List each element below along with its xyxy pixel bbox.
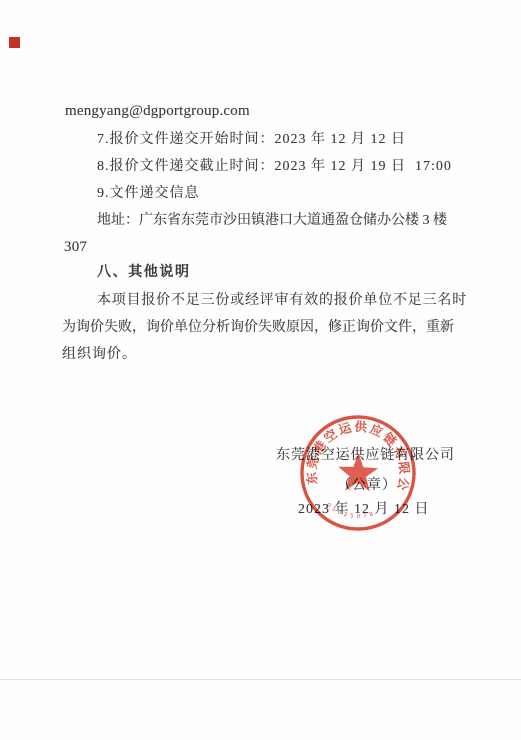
paragraph-line-2: 为询价失败，询价单位分析询价失败原因，修正询价文件，重新 [62, 318, 454, 337]
paragraph-line-1: 本项目报价不足三份或经评审有效的报价单位不足三名时 [97, 291, 467, 310]
section-heading: 八、其他说明 [97, 263, 191, 282]
seal-serial-number: 01025078 [325, 502, 378, 521]
page-fold-line [0, 679, 521, 680]
email-text: mengyang@dgportgroup.com [65, 102, 250, 121]
address-line: 地址：广东省东莞市沙田镇港口大道通盈仓储办公楼 3 楼 [97, 211, 447, 230]
submission-deadline-line: 8.报价文件递交截止时间：2023 年 12 月 19 日 17:00 [97, 157, 452, 176]
document-page: mengyang@dgportgroup.com 7.报价文件递交开始时间：20… [0, 0, 521, 740]
seal-star-icon [337, 452, 378, 491]
submission-start-line: 7.报价文件递交开始时间：2023 年 12 月 12 日 [97, 130, 406, 149]
address-continuation: 307 [64, 238, 87, 257]
svg-text:01025078: 01025078 [325, 502, 378, 521]
company-seal-stamp: 东莞港空运供应链有限公司 01025078 [294, 409, 422, 537]
red-corner-mark [9, 37, 20, 48]
delivery-info-line: 9.文件递交信息 [97, 184, 200, 203]
paragraph-line-3: 组织询价。 [62, 345, 137, 364]
